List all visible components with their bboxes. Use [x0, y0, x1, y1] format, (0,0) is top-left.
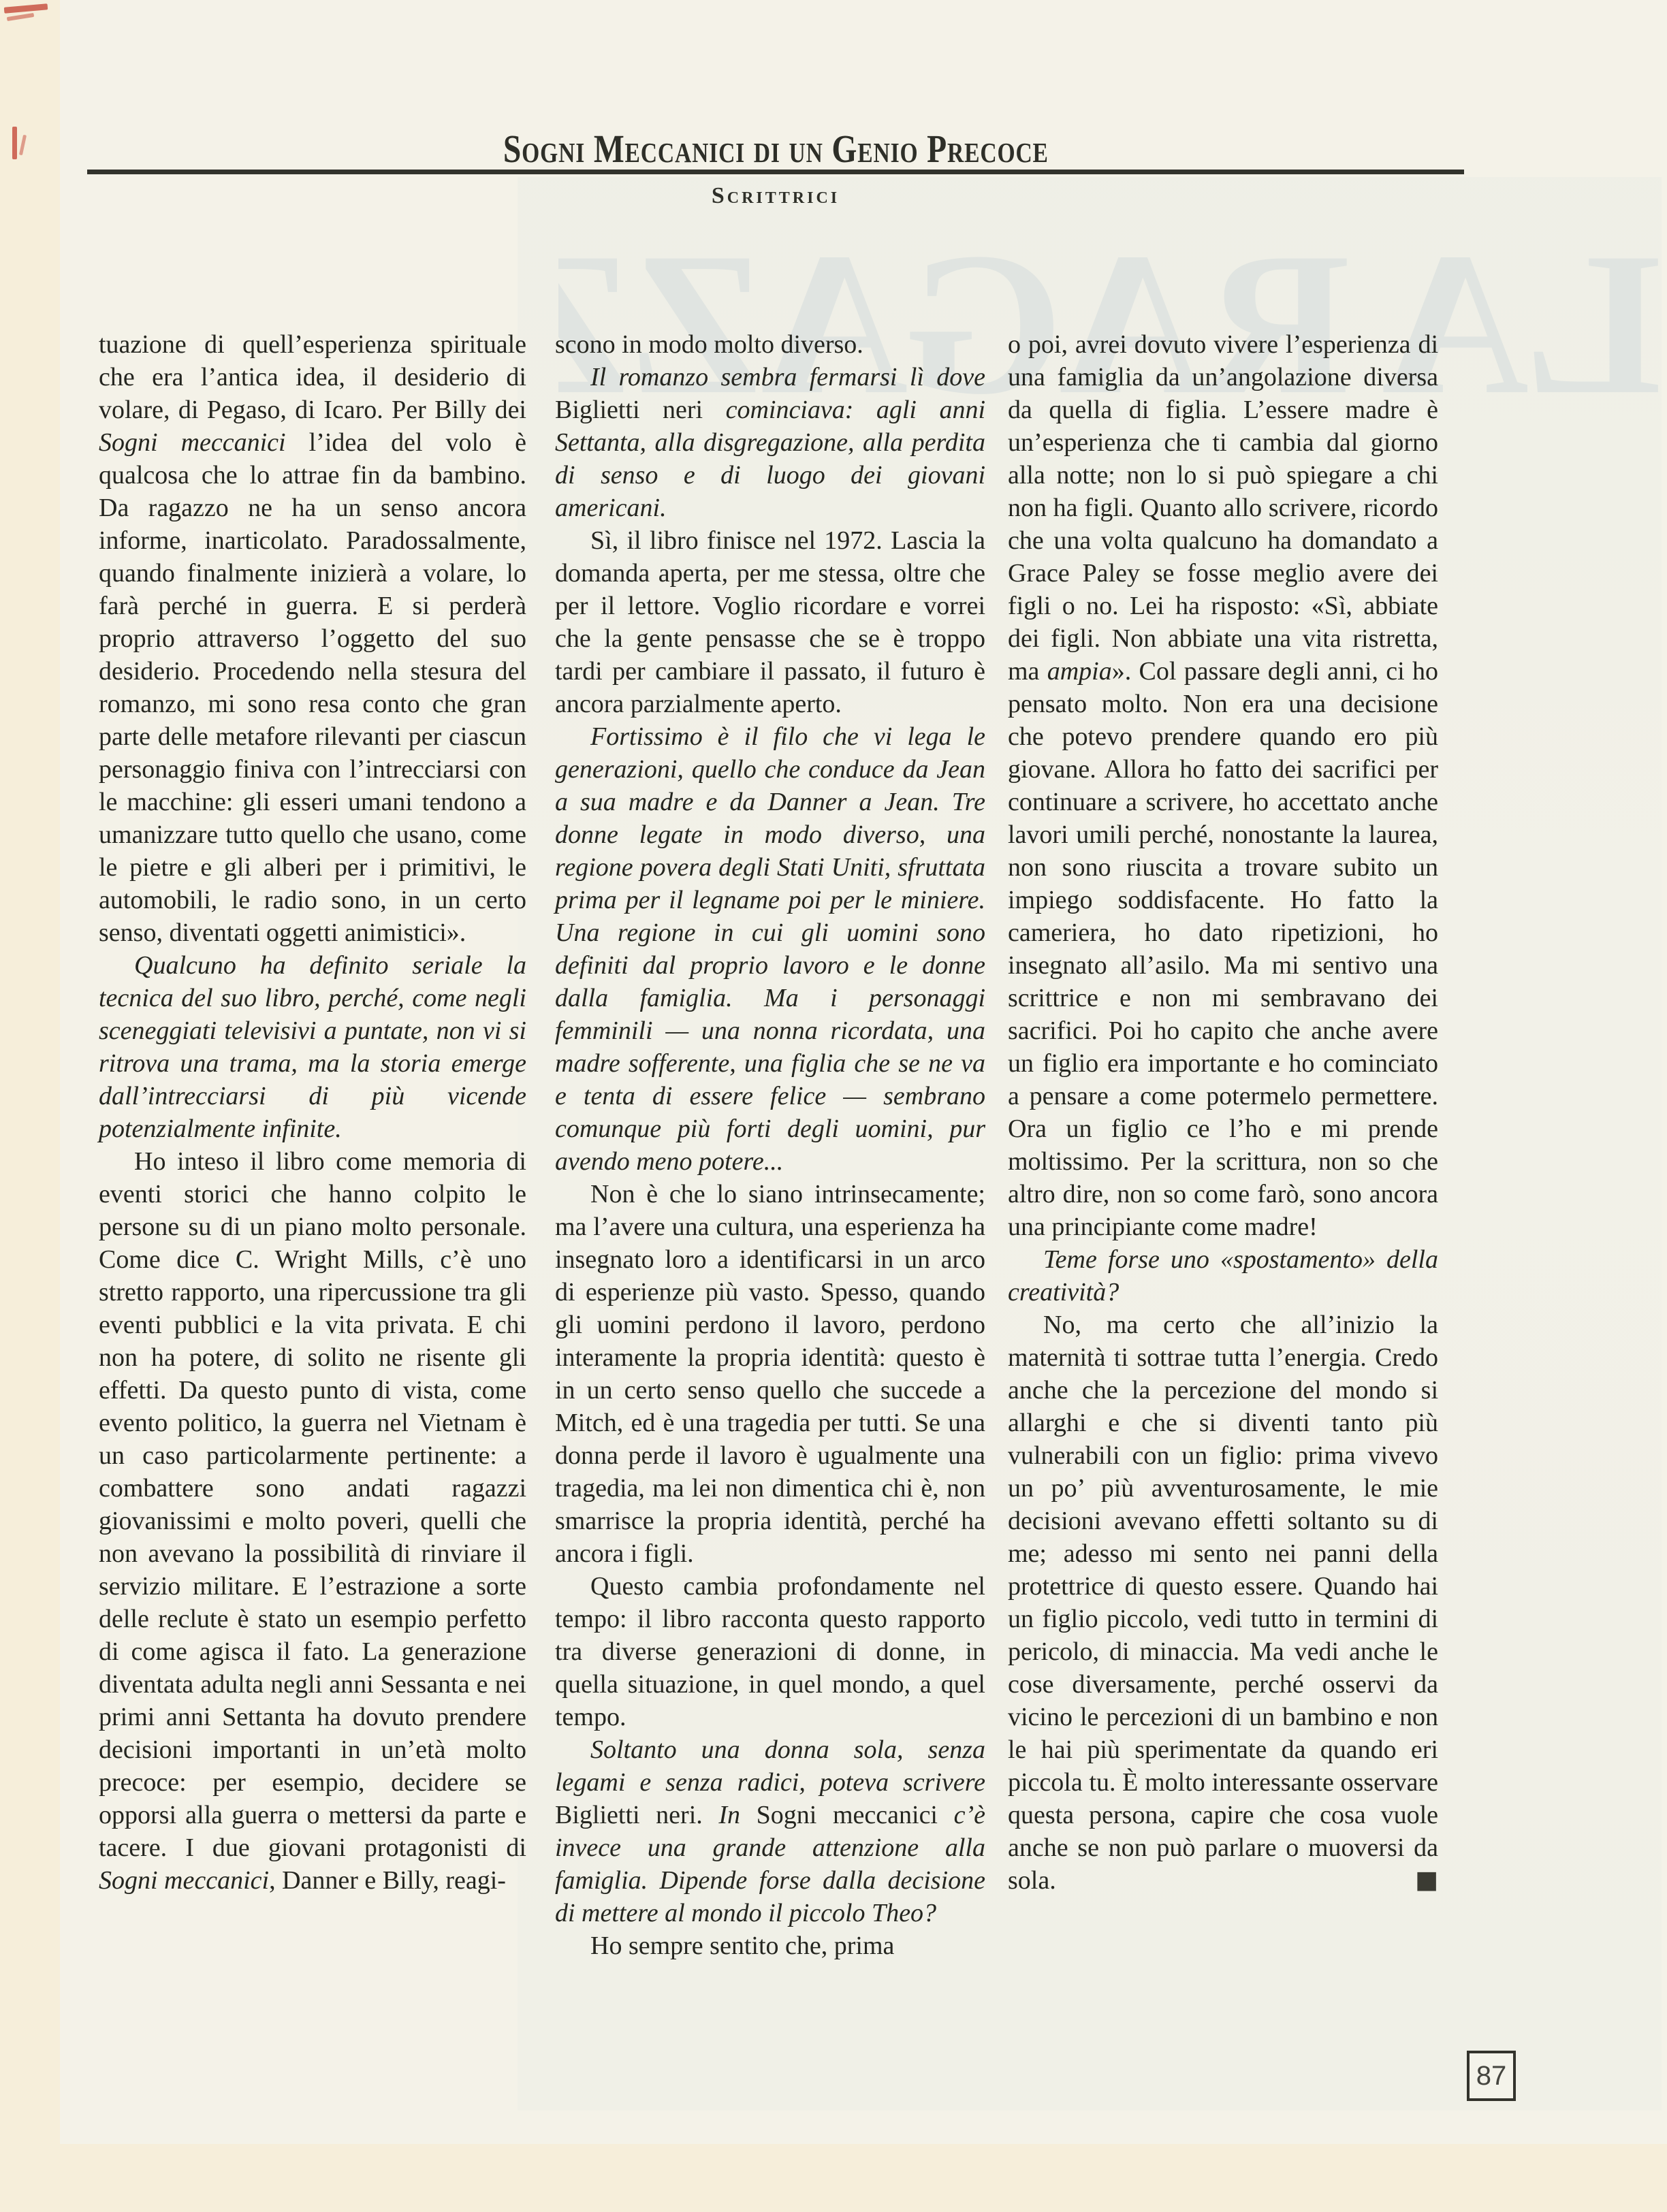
- article-subtitle-row: Scrittrici: [87, 182, 1464, 210]
- article-paragraph: Soltanto una donna sola, senza legami e …: [555, 1733, 985, 1929]
- article-column: scono in modo molto diverso.Il romanzo s…: [555, 328, 985, 1962]
- body-text: No, ma certo che all’inizio la maternità…: [1008, 1311, 1438, 1895]
- article-subtitle: Scrittrici: [712, 182, 840, 210]
- article-paragraph: o poi, avrei dovuto vivere l’esperienza …: [1008, 328, 1438, 1243]
- body-text: ». Col passare degli anni, ci ho pensato…: [1008, 657, 1438, 1241]
- article-column: tuazione di quell’esperienza spirituale …: [99, 328, 526, 1897]
- italic-text: In: [718, 1801, 756, 1829]
- article-paragraph: Ho inteso il libro come memoria di event…: [99, 1145, 526, 1897]
- body-text: Sogni meccanici: [757, 1801, 954, 1829]
- red-pen-mark: [12, 127, 17, 159]
- italic-text: Il romanzo sembra fermarsi lì dove: [590, 363, 985, 391]
- page-number-badge: 87: [1467, 2051, 1516, 2101]
- article-paragraph: Qualcuno ha definito seriale la tecnica …: [99, 949, 526, 1145]
- article-paragraph: Sì, il libro finisce nel 1972. Lascia la…: [555, 524, 985, 720]
- body-text: l’idea del volo è qualcosa che lo attrae…: [99, 428, 526, 947]
- red-pen-mark: [7, 13, 34, 21]
- italic-text: Qualcuno ha definito seriale la tecnica …: [99, 951, 526, 1143]
- body-text: Ho sempre sentito che, prima: [590, 1932, 894, 1960]
- body-text: Questo cambia profondamente nel tempo: i…: [555, 1572, 985, 1731]
- italic-text: Fortissimo è il filo che vi lega le gene…: [555, 722, 985, 1176]
- body-text: o poi, avrei dovuto vivere l’esperienza …: [1008, 330, 1438, 686]
- italic-text: ampia: [1047, 657, 1112, 686]
- body-text: Biglietti neri: [555, 396, 726, 424]
- title-divider: [87, 170, 1464, 174]
- article-paragraph: Teme forse uno «spostamento» della creat…: [1008, 1243, 1438, 1309]
- article-header: Sogni Meccanici di un Genio Precoce: [87, 129, 1464, 169]
- page-number: 87: [1476, 2061, 1507, 2091]
- body-text: tuazione di quell’esperienza spirituale …: [99, 330, 526, 424]
- italic-text: Soltanto una donna sola, senza legami e …: [555, 1735, 985, 1797]
- article-paragraph: Non è che lo siano intrinsecamente; ma l…: [555, 1178, 985, 1570]
- italic-text: Sogni meccanici: [99, 428, 286, 457]
- body-text: Ho inteso il libro come memoria di event…: [99, 1147, 526, 1862]
- magazine-page: { "header": { "title": "Sogni Meccanici …: [0, 0, 1667, 2212]
- end-of-article-marker: ■: [1380, 1864, 1438, 1897]
- article-paragraph: scono in modo molto diverso.: [555, 328, 985, 361]
- body-text: scono in modo molto diverso.: [555, 330, 863, 359]
- red-pen-mark: [4, 3, 48, 14]
- body-text: Non è che lo siano intrinsecamente; ma l…: [555, 1180, 985, 1568]
- article-paragraph: No, ma certo che all’inizio la maternità…: [1008, 1309, 1438, 1897]
- article-paragraph: Questo cambia profondamente nel tempo: i…: [555, 1570, 985, 1733]
- body-text: Biglietti neri.: [555, 1801, 718, 1829]
- article-paragraph: tuazione di quell’esperienza spirituale …: [99, 328, 526, 949]
- body-text: , Danner e Billy, reagi-: [269, 1866, 506, 1895]
- italic-text: Teme forse uno «spostamento» della creat…: [1008, 1245, 1438, 1307]
- article-column: o poi, avrei dovuto vivere l’esperienza …: [1008, 328, 1438, 1897]
- article-paragraph: Fortissimo è il filo che vi lega le gene…: [555, 720, 985, 1178]
- body-text: Sì, il libro finisce nel 1972. Lascia la…: [555, 526, 985, 718]
- italic-text: Sogni meccanici: [99, 1866, 269, 1895]
- article-paragraph: Il romanzo sembra fermarsi lì dove Bigli…: [555, 361, 985, 524]
- article-paragraph: Ho sempre sentito che, prima: [555, 1929, 985, 1962]
- article-title: Sogni Meccanici di un Genio Precoce: [503, 129, 1049, 169]
- red-pen-mark: [19, 135, 27, 155]
